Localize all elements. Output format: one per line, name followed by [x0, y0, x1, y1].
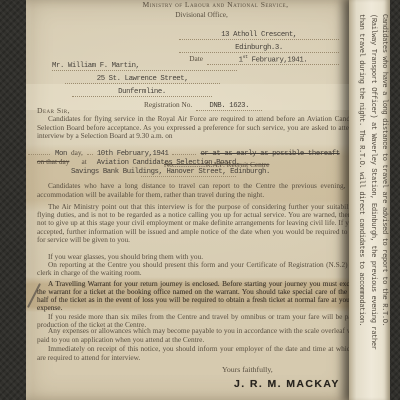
- ministry-header: Ministry of Labour and National Service,: [26, 0, 353, 9]
- paragraph-air-ministry: The Air Ministry point out that this int…: [37, 203, 353, 244]
- paragraph-expenses: Any expenses or allowances which may bec…: [37, 327, 353, 344]
- paragraph-employer: Immediately on receipt of this notice, y…: [37, 345, 353, 362]
- margin-note-line: (Railway Transport Officer) at Waverley …: [366, 14, 377, 398]
- margin-note-line: Candidates who have a long distance to t…: [378, 14, 389, 398]
- letter-page: Ministry of Labour and National Service,…: [26, 0, 353, 400]
- paragraph-long-distance: Candidates who have a long distance to t…: [37, 182, 353, 199]
- dotted-rule: [141, 170, 236, 177]
- photo-surface: Ministry of Labour and National Service,…: [0, 0, 400, 400]
- closing: Yours faithfully,: [222, 365, 273, 374]
- date-ordinal: st: [243, 55, 248, 60]
- registration-label: Registration No.: [144, 100, 192, 109]
- registration-line: Registration No. DNB. 1623.: [144, 94, 262, 112]
- margin-note: Candidates who have a long distance to t…: [355, 14, 389, 398]
- signature-stamp: J. R. M. MACKAY: [234, 378, 340, 390]
- appointment-printed-at: at: [81, 157, 86, 166]
- registration-value: DNB. 1623.: [196, 102, 262, 111]
- appointment-struck-on-that-day: on that day: [37, 157, 69, 166]
- divisional-office-line: Divisional Office,: [26, 10, 353, 19]
- paragraph-warrant: A Travelling Warrant for your return jou…: [37, 280, 353, 312]
- margin-note-line: than travel during the night. The R.T.O.…: [355, 14, 366, 398]
- paragraph-reporting: On reporting at the Centre you should pr…: [37, 261, 353, 278]
- paragraph-intro: Candidates for flying service in the Roy…: [37, 115, 353, 141]
